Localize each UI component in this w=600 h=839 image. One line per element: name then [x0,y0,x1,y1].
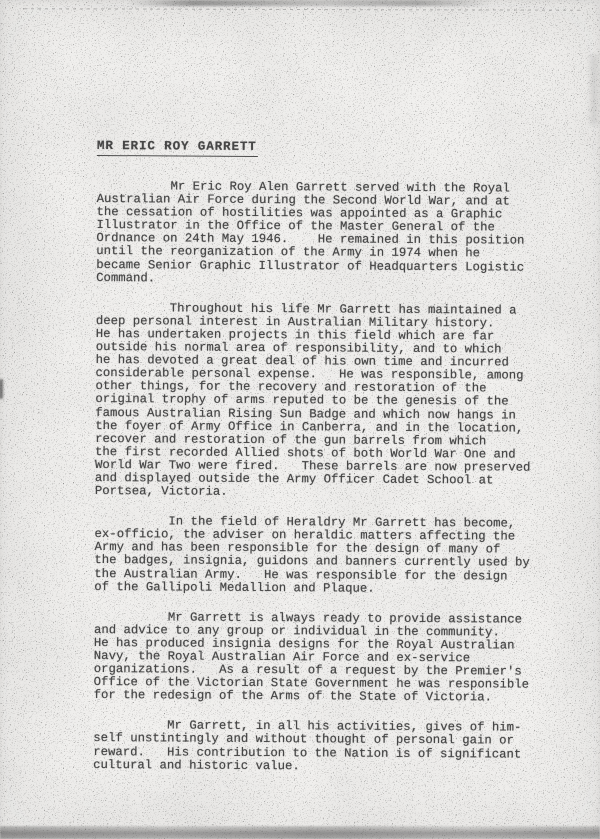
paragraph-military-history-interest: Throughout his life Mr Garrett has maint… [95,302,556,501]
paragraph-conclusion: Mr Garrett, in all his activities, gives… [93,719,553,774]
typewritten-text-block: MR ERIC ROY GARRETT Mr Eric Roy Alen Gar… [93,136,557,792]
scanned-document-page: MR ERIC ROY GARRETT Mr Eric Roy Alen Gar… [0,0,600,839]
scan-artifact-bottom-edge [0,826,600,839]
scan-artifact-dotted-line [24,8,580,11]
scan-artifact-right-edge [590,55,598,125]
scan-artifact-left-edge-mark [0,379,3,399]
paragraph-service-history: Mr Eric Roy Alen Garrett served with the… [96,180,557,288]
paragraph-heraldry: In the field of Heraldry Mr Garrett has … [94,515,554,596]
scan-artifact-top-smudge [128,0,492,6]
document-title: MR ERIC ROY GARRETT [97,140,258,157]
paragraph-community-assistance: Mr Garrett is always ready to provide as… [94,611,555,705]
